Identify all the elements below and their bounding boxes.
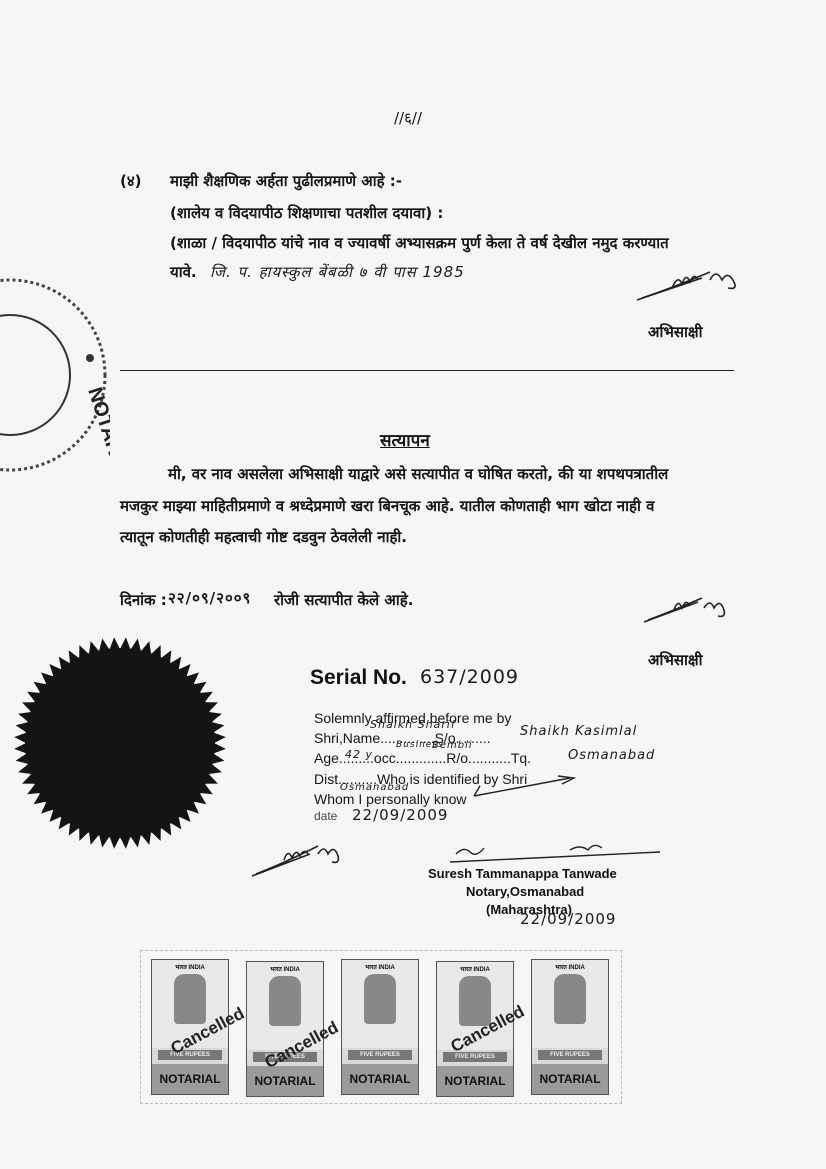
name-handwritten: Shaikh Sharif (370, 718, 456, 731)
section-line-2: (शालेय व विदयापीठ शिक्षणाचा पतशील दयावा)… (170, 203, 443, 223)
verification-line-1: मी, वर नाव असलेला अभिसाक्षी याद्वारे असे… (168, 464, 668, 484)
notarial-stamp: भारत INDIAFIVE RUPEESNOTARIAL (341, 959, 419, 1095)
page-number: //६// (394, 108, 422, 128)
signatory-label-1: अभिसाक्षी (648, 322, 703, 342)
stamp-value: FIVE RUPEES (348, 1050, 412, 1060)
signature-icon (640, 588, 735, 628)
stamp-value: FIVE RUPEES (538, 1050, 602, 1060)
notary-signature-icon (450, 840, 670, 866)
notary-seal-icon: NOTARY (0, 270, 110, 480)
national-emblem-icon (364, 974, 396, 1024)
section-line-3: (शाळा / विदयापीठ यांचे नाव व ज्यावर्षी अ… (170, 233, 669, 253)
serial-value: 637/2009 (420, 666, 519, 688)
stamp-label: NOTARIAL (247, 1074, 323, 1088)
signatory-label-2: अभिसाक्षी (648, 650, 703, 670)
handwritten-qualification: जि. प. हायस्कुल बेंबळी ७ वी पास 1985 (210, 262, 465, 282)
notary-date-handwritten: 22/09/2009 (520, 910, 616, 928)
stamp-country: भारत INDIA (152, 963, 228, 971)
date-value: २२/०९/२००९ (168, 588, 251, 608)
stamp-country: भारत INDIA (342, 963, 418, 971)
stamp-value: FIVE RUPEES (443, 1052, 507, 1062)
residence-handwritten: Bembli (432, 740, 473, 751)
date-line-handwritten: 22/09/2009 (352, 806, 448, 824)
national-emblem-icon (174, 974, 206, 1024)
father-name-handwritten: Shaikh Kasimlal (520, 724, 637, 739)
section-line-1: माझी शैक्षणिक अर्हता पुढीलप्रमाणे आहे :- (170, 171, 402, 191)
stamp-country: भारत INDIA (437, 965, 513, 973)
taluka-handwritten: Osmanabad (568, 748, 655, 763)
stamp-label: NOTARIAL (342, 1072, 418, 1086)
serial-label: Serial No. (310, 666, 407, 690)
stamp-country: भारत INDIA (247, 965, 323, 973)
personally-know-line: Whom I personally know (314, 791, 467, 807)
national-emblem-icon (269, 976, 301, 1026)
document-page: //६// (४) माझी शैक्षणिक अर्हता पुढीलप्रम… (0, 0, 826, 1169)
svg-text:NOTARY: NOTARY (83, 385, 110, 471)
notary-title: Notary,Osmanabad (466, 884, 584, 899)
verification-heading: सत्यापन (380, 428, 430, 451)
notarial-stamps: भारत INDIAFIVE RUPEESNOTARIALभारत INDIAF… (140, 950, 622, 1104)
verification-line-3: त्यातून कोणतीही महत्वाची गोष्ट दडवुन ठेव… (120, 527, 407, 547)
verification-line-2: मजकुर माझ्या माहितीप्रमाणे व श्रध्देप्रम… (120, 496, 654, 516)
stamp-label: NOTARIAL (152, 1072, 228, 1086)
notary-name: Suresh Tammanappa Tanwade (428, 866, 617, 881)
section-number: (४) (120, 171, 142, 191)
national-emblem-icon (554, 974, 586, 1024)
divider (120, 370, 734, 371)
section-line-4-prefix: यावे. (170, 262, 197, 282)
date-suffix: रोजी सत्यापीत केले आहे. (274, 590, 413, 610)
arrow-mark-icon (470, 772, 580, 802)
signature-icon (632, 258, 752, 308)
black-seal-icon (10, 634, 230, 852)
age-handwritten: 42 y (345, 748, 373, 761)
stamp-country: भारत INDIA (532, 963, 608, 971)
notarial-stamp: भारत INDIAFIVE RUPEESNOTARIAL (531, 959, 609, 1095)
date-label: दिनांक : (120, 590, 167, 610)
signature-icon (248, 832, 358, 880)
date-line-label: date (314, 809, 337, 823)
stamp-label: NOTARIAL (437, 1074, 513, 1088)
stamp-label: NOTARIAL (532, 1072, 608, 1086)
